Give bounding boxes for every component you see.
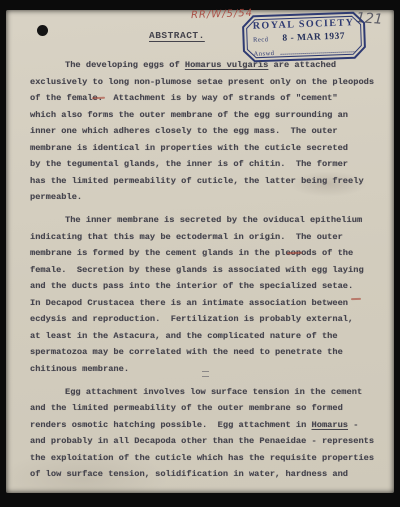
text-line: membrane is identical in properties with…: [30, 140, 386, 157]
text-line: inner one which adheres closely to the e…: [30, 123, 386, 140]
stamp-received-label: Recd: [253, 36, 269, 44]
text-line: and the limited permeability of the oute…: [30, 400, 386, 417]
text-line: spermatozoa may be correlated with the n…: [30, 344, 386, 361]
red-proofreading-mark: [351, 298, 361, 300]
text-line: has the limited permeability of cuticle,…: [30, 173, 386, 190]
text-line: indicating that this may be ectodermal i…: [30, 229, 386, 246]
text-line: membrane is formed by the cement glands …: [30, 245, 386, 262]
punch-hole-dot: [37, 25, 48, 36]
text-line: and the ducts pass into the interior of …: [30, 278, 386, 295]
text-line: The inner membrane is secreted by the ov…: [30, 212, 386, 229]
text-line: of the female. Attachment is by way of s…: [30, 90, 386, 107]
received-stamp: ROYAL SOCIETY Recd 8 - MAR 1937 Answd: [241, 11, 367, 63]
paragraph: Egg attachment involves low surface tens…: [30, 384, 386, 483]
stamp-answered-dotted-line: [280, 44, 355, 55]
text-line: Egg attachment involves low surface tens…: [30, 384, 386, 401]
text-line: exclusively to long non-plumose setae pr…: [30, 74, 386, 91]
text-line: permeable.: [30, 189, 386, 206]
text-line: of low surface tension, solidification i…: [30, 466, 386, 483]
text-line: which also forms the outer membrane of t…: [30, 107, 386, 124]
paper: RR/W/5/54 121 ROYAL SOCIETY Recd 8 - MAR…: [6, 10, 394, 493]
text-line: and probably in all Decapoda other than …: [30, 433, 386, 450]
paragraph: The developing eggs of Homarus vulgaris …: [30, 57, 386, 206]
text-line: renders osmotic hatching possible. Egg a…: [30, 417, 386, 434]
paragraph: The inner membrane is secreted by the ov…: [30, 212, 386, 377]
text-line: the exploitation of the cuticle which ha…: [30, 450, 386, 467]
text-line: The developing eggs of Homarus vulgaris …: [30, 57, 386, 74]
text-line: In Decapod Crustacea there is an intimat…: [30, 295, 386, 312]
document-title: ABSTRACT.: [149, 30, 205, 41]
abstract-paragraphs: The developing eggs of Homarus vulgaris …: [30, 57, 386, 489]
pencil-tick-mark: [202, 371, 209, 377]
text-line: by the tegumental glands, the inner is o…: [30, 156, 386, 173]
text-line: female. Secretion by these glands is ass…: [30, 262, 386, 279]
text-line: ecdysis and reproduction. Fertilization …: [30, 311, 386, 328]
text-line: at least in the Astacura, and the compli…: [30, 328, 386, 345]
